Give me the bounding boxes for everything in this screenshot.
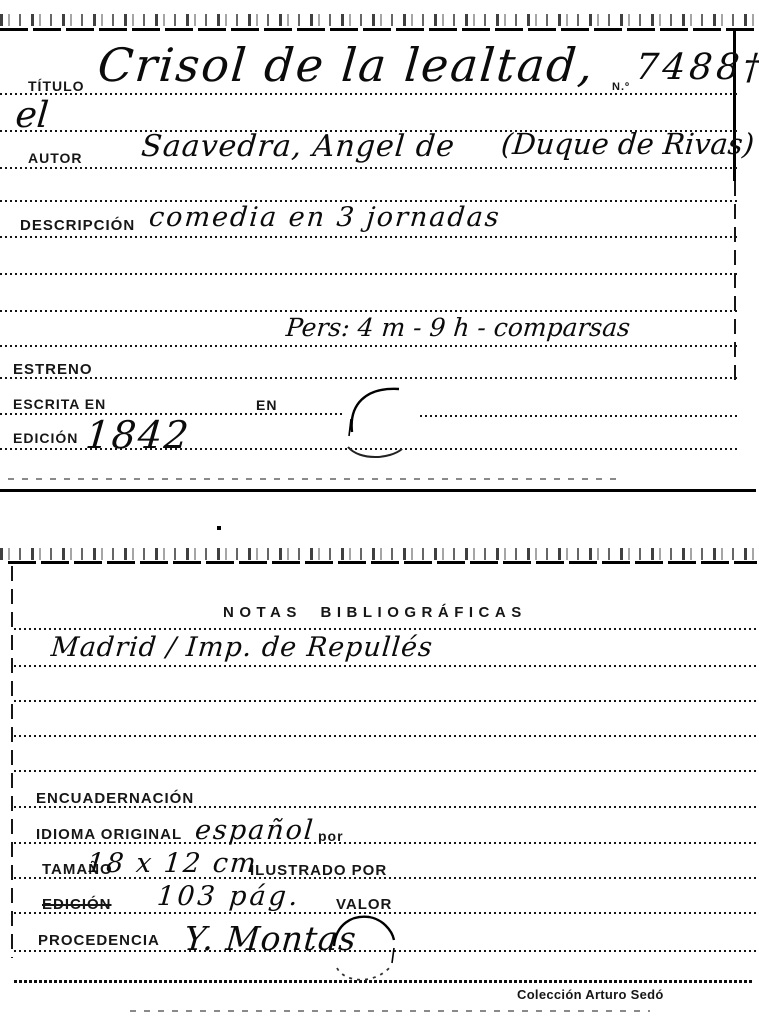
ruled-line	[14, 770, 759, 772]
colophon: Colección Arturo Sedó	[517, 988, 664, 1001]
descripcion-label: DESCRIPCIÓN	[20, 218, 135, 233]
edicion-struck-label: EDICIÓN	[42, 897, 112, 912]
ruled-line	[14, 735, 759, 737]
edicion-label: EDICIÓN	[13, 431, 78, 445]
ruled-line	[14, 665, 759, 667]
torn-edge-top	[0, 14, 759, 26]
estreno-label: ESTRENO	[13, 362, 93, 377]
hole-punch-mark	[325, 908, 410, 993]
card-right-border-dashed	[734, 181, 736, 386]
articulo-handwriting: el	[14, 98, 50, 134]
card-left-border	[11, 566, 13, 958]
torn-edge-bottom-card	[0, 548, 759, 560]
ruled-line	[0, 167, 737, 169]
por-label: por	[318, 829, 344, 843]
ruled-line	[0, 273, 737, 275]
edicion-paginas-handwriting: 103 pág.	[156, 883, 302, 910]
card-bottom-edge	[0, 489, 756, 492]
titulo-handwriting: Crisol de la lealtad,	[96, 42, 597, 88]
ruled-line	[0, 93, 737, 95]
descripcion-handwriting: comedia en 3 jornadas	[148, 204, 502, 231]
autor-paren-handwriting: (Duque de Rivas)	[500, 130, 755, 159]
catalog-card-scan: TÍTULO N.º AUTOR DESCRIPCIÓN ESTRENO ESC…	[0, 0, 759, 1028]
ruled-line	[0, 310, 737, 312]
ruled-line	[420, 415, 737, 417]
autor-handwriting: Saavedra, Angel de	[140, 132, 456, 162]
numero-handwriting: 7488†	[634, 50, 759, 86]
card-top-edge-line	[0, 28, 757, 31]
en-label: EN	[256, 398, 277, 412]
personas-handwriting: Pers: 4 m - 9 h - comparsas	[285, 315, 631, 340]
ruled-line	[0, 236, 737, 238]
notas-handwriting: Madrid / Imp. de Repullés	[50, 634, 434, 661]
escrita-en-label: ESCRITA EN	[13, 397, 106, 411]
ruled-line	[14, 700, 759, 702]
ruled-line	[0, 345, 737, 347]
encuadernacion-label: ENCUADERNACIÓN	[36, 791, 194, 806]
idioma-original-label: IDIOMA ORIGINAL	[36, 827, 182, 842]
card-top-edge-line-2	[8, 561, 757, 564]
hole-punch-mark	[335, 375, 430, 470]
scan-speck	[217, 526, 221, 530]
edicion-handwriting: 1842	[84, 416, 192, 454]
ruled-line	[14, 628, 759, 630]
notas-header: NOTAS BIBLIOGRÁFICAS	[223, 605, 527, 620]
autor-label: AUTOR	[28, 151, 83, 165]
tamano-handwriting: 18 x 12 cm	[86, 850, 259, 877]
procedencia-label: PROCEDENCIA	[38, 933, 160, 948]
ilustrado-por-label: ILUSTRADO POR	[250, 863, 387, 878]
idioma-handwriting: español	[194, 817, 316, 844]
titulo-label: TÍTULO	[28, 79, 85, 93]
scan-noise-row	[130, 1010, 650, 1012]
ruled-line-faint	[8, 478, 620, 480]
numero-label: N.º	[612, 82, 630, 93]
